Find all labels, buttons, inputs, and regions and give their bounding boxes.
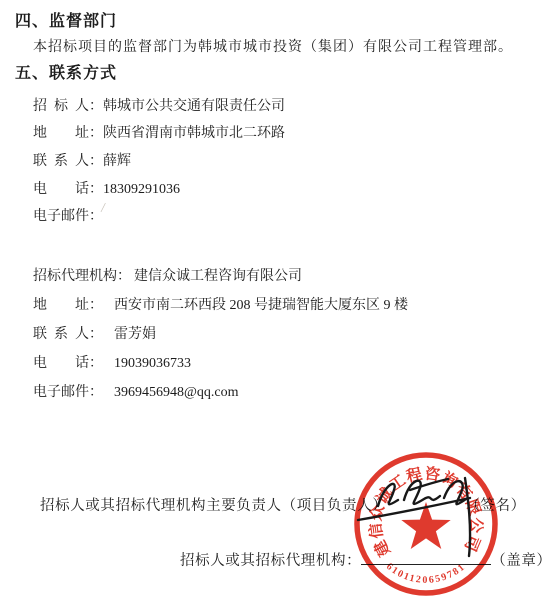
tenderer-row-address: 地 址：陕西省渭南市韩城市北二环路 <box>33 122 285 142</box>
agency-address-label: 地 址： <box>33 294 103 314</box>
agency-row-name: 招标代理机构：建信众诚工程咨询有限公司 <box>33 265 302 285</box>
responsible-person-label: 招标人或其招标代理机构主要负责人（项目负责人） <box>40 498 387 514</box>
agency-name-value: 建信众诚工程咨询有限公司 <box>131 269 302 284</box>
tenderer-phone-value: 18309291036 <box>103 182 180 197</box>
tenderer-contact-label: 联 系 人： <box>33 150 103 170</box>
agency-name-label: 招标代理机构： <box>33 265 131 285</box>
section4-body: 本招标项目的监督部门为韩城市城市投资（集团）有限公司工程管理部。 <box>33 36 513 56</box>
agency-row-email: 电子邮件：3969456948@qq.com <box>33 381 239 401</box>
handwritten-signature <box>348 468 500 568</box>
tenderer-address-value: 陕西省渭南市韩城市北二环路 <box>103 126 285 141</box>
tenderer-email-label: 电子邮件： <box>33 205 103 225</box>
tenderer-phone-label: 电 话： <box>33 178 103 198</box>
agency-contact-value: 雷芳娟 <box>103 327 156 342</box>
tenderer-address-label: 地 址： <box>33 122 103 142</box>
tenderer-contact-value: 薛辉 <box>103 154 131 169</box>
tenderer-row-email: 电子邮件： <box>33 205 103 225</box>
agency-phone-label: 电 话： <box>33 352 103 372</box>
tenderer-name-value: 韩城市公共交通有限责任公司 <box>103 99 285 114</box>
document-page: 四、监督部门 本招标项目的监督部门为韩城市城市投资（集团）有限公司工程管理部。 … <box>0 0 552 604</box>
agency-contact-label: 联 系 人： <box>33 323 103 343</box>
agency-seal-label: 招标人或其招标代理机构： <box>180 553 361 569</box>
faint-slash-mark: / <box>100 201 106 217</box>
agency-row-phone: 电 话：19039036733 <box>33 352 191 372</box>
agency-row-address: 地 址：西安市南二环西段 208 号捷瑞智能大厦东区 9 楼 <box>33 294 408 314</box>
agency-phone-value: 19039036733 <box>103 356 191 371</box>
agency-row-contact: 联 系 人：雷芳娟 <box>33 323 156 343</box>
agency-email-value: 3969456948@qq.com <box>103 385 239 400</box>
tenderer-name-label: 招 标 人： <box>33 95 103 115</box>
tenderer-row-name: 招 标 人：韩城市公共交通有限责任公司 <box>33 95 285 115</box>
tenderer-row-phone: 电 话：18309291036 <box>33 178 180 198</box>
section4-heading: 四、监督部门 <box>15 8 117 31</box>
agency-address-value: 西安市南二环西段 208 号捷瑞智能大厦东区 9 楼 <box>103 298 408 313</box>
section5-heading: 五、联系方式 <box>15 60 117 83</box>
agency-email-label: 电子邮件： <box>33 381 103 401</box>
tenderer-row-contact: 联 系 人：薛辉 <box>33 150 131 170</box>
